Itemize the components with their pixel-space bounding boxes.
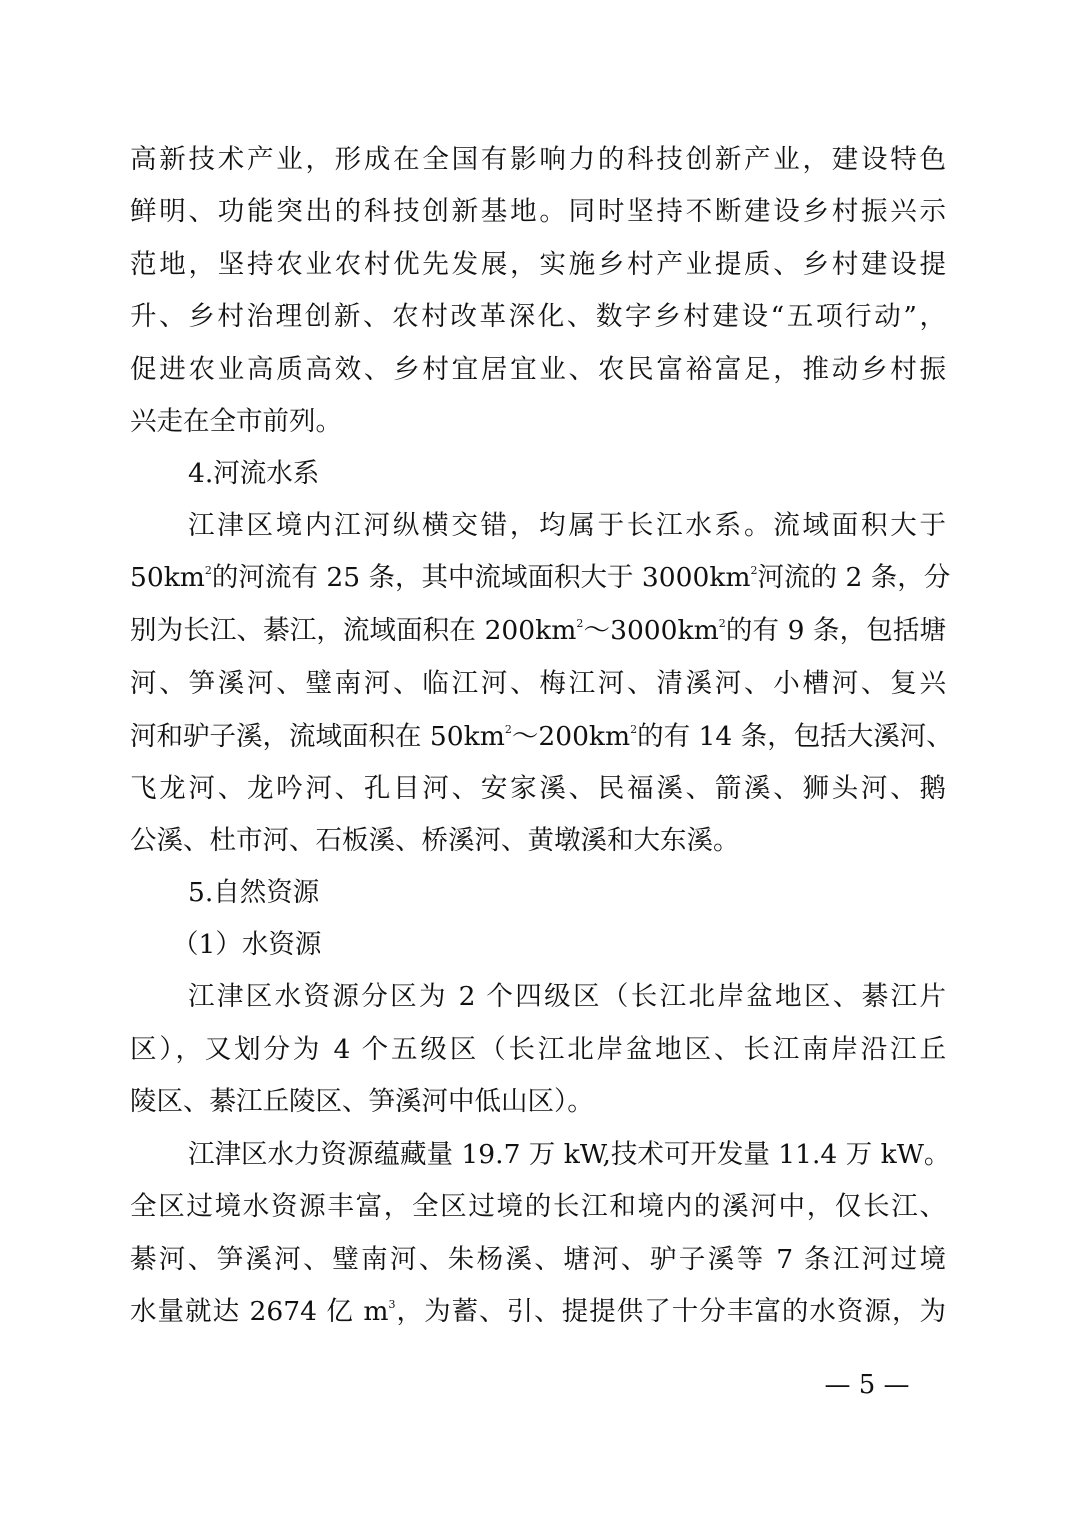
paragraph-line: 江津区水力资源蕴藏量 19.7 万 kW,技术可开发量 11.4 万 kW。: [188, 1135, 946, 1175]
paragraph-line: 全区过境水资源丰富，全区过境的长江和境内的溪河中，仅长江、: [130, 1187, 946, 1227]
section-heading-natural-resources: 5.自然资源: [188, 873, 946, 913]
paragraph-line: 公溪、杜市河、石板溪、桥溪河、黄墩溪和大东溪。: [130, 821, 946, 861]
text-segment: 别为长江、綦江，流域面积在 200km2～3000km2的有 9 条，包括塘: [130, 615, 946, 646]
paragraph-line: 河和驴子溪，流域面积在 50km2～200km2的有 14 条，包括大溪河、: [130, 717, 946, 757]
paragraph-line: 江津区境内江河纵横交错，均属于长江水系。流域面积大于: [188, 506, 946, 546]
paragraph-line: 高新技术产业，形成在全国有影响力的科技创新产业，建设特色: [130, 140, 946, 180]
paragraph-line: 綦河、笋溪河、璧南河、朱杨溪、塘河、驴子溪等 7 条江河过境: [130, 1240, 946, 1280]
paragraph-line: 50km2的河流有 25 条，其中流域面积大于 3000km2河流的 2 条，分: [130, 558, 946, 598]
paragraph-line: 兴走在全市前列。: [130, 402, 946, 442]
paragraph-line: 促进农业高质高效、乡村宜居宜业、农民富裕富足，推动乡村振: [130, 350, 946, 390]
paragraph-line: 陵区、綦江丘陵区、笋溪河中低山区）。: [130, 1082, 946, 1122]
paragraph-line: 水量就达 2674 亿 m3，为蓄、引、提提供了十分丰富的水资源，为: [130, 1292, 946, 1332]
paragraph-line: 江津区水资源分区为 2 个四级区（长江北岸盆地区、綦江片: [188, 977, 946, 1017]
paragraph-line: 飞龙河、龙吟河、孔目河、安家溪、民福溪、箭溪、狮头河、鹅: [130, 769, 946, 809]
page-number: — 5 —: [812, 1365, 922, 1405]
subsection-heading-water-resources: （1）水资源: [172, 925, 946, 965]
paragraph-line: 区），又划分为 4 个五级区（长江北岸盆地区、长江南岸沿江丘: [130, 1030, 946, 1070]
paragraph-line: 范地，坚持农业农村优先发展，实施乡村产业提质、乡村建设提: [130, 245, 946, 285]
paragraph-line: 升、乡村治理创新、农村改革深化、数字乡村建设“五项行动”，: [130, 297, 946, 337]
section-heading-river-system: 4.河流水系: [188, 454, 946, 494]
text-segment: 50km2的河流有 25 条，其中流域面积大于 3000km2河流的 2 条，分: [130, 562, 950, 593]
paragraph-line: 别为长江、綦江，流域面积在 200km2～3000km2的有 9 条，包括塘: [130, 611, 946, 651]
document-page: 高新技术产业，形成在全国有影响力的科技创新产业，建设特色 鲜明、功能突出的科技创…: [0, 0, 1074, 1520]
paragraph-line: 河、笋溪河、璧南河、临江河、梅江河、清溪河、小槽河、复兴: [130, 664, 946, 704]
text-segment: 河和驴子溪，流域面积在 50km2～200km2的有 14 条，包括大溪河、: [130, 721, 953, 752]
paragraph-line: 鲜明、功能突出的科技创新基地。同时坚持不断建设乡村振兴示: [130, 192, 946, 232]
text-segment: 水量就达 2674 亿 m3，为蓄、引、提提供了十分丰富的水资源，为: [130, 1296, 946, 1327]
